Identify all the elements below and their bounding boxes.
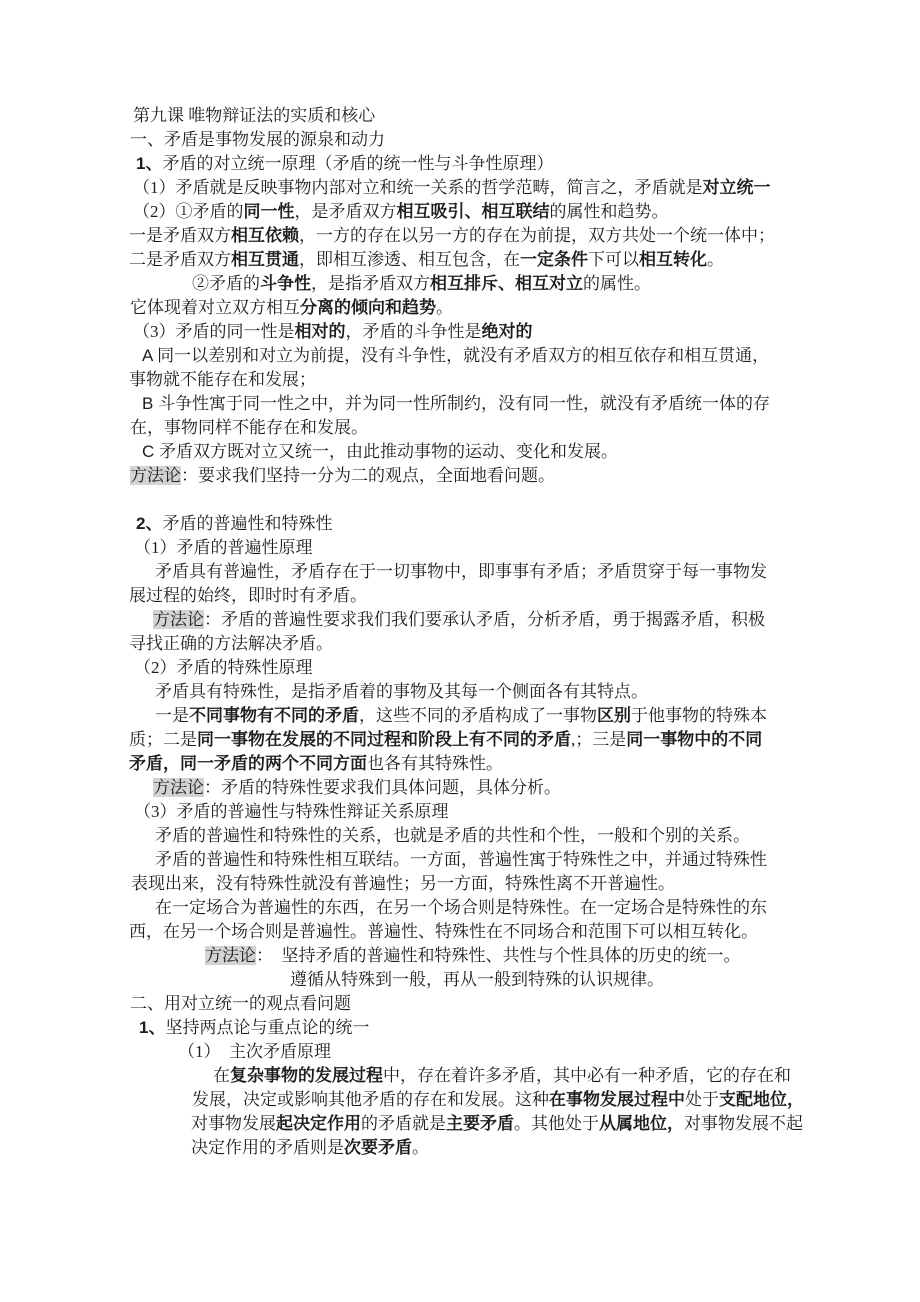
text-segment: 矛盾的对立统一原理（矛盾的统一性与斗争性原理）	[162, 154, 553, 173]
text-segment: 同一事物中的不同	[626, 730, 762, 749]
text-line: 事物就不能存在和发展；	[129, 368, 804, 392]
text-line: 方法论：矛盾的普遍性要求我们我们要承认矛盾，分析矛盾，勇于揭露矛盾，积极	[129, 608, 804, 632]
highlighted-term: 方法论	[153, 778, 204, 797]
text-line: （1）矛盾就是反映事物内部对立和统一关系的哲学范畴，简言之，矛盾就是对立统一	[129, 176, 804, 200]
text-segment: 二是矛盾双方	[129, 250, 231, 269]
text-segment: 相互排斥、相互对立	[430, 274, 583, 293]
highlighted-term: 方法论	[205, 946, 256, 965]
highlighted-term: 方法论	[153, 610, 204, 629]
text-line: 在，事物同样不能存在和发展。	[129, 416, 804, 440]
text-line: 2、矛盾的普遍性和特殊性	[129, 512, 804, 536]
text-line: ②矛盾的斗争性，是指矛盾双方相互排斥、相互对立的属性。	[129, 272, 804, 296]
text-line: C 矛盾双方既对立又统一，由此推动事物的运动、变化和发展。	[129, 440, 804, 464]
text-segment: 一定条件	[520, 250, 588, 269]
text-segment: 下可以	[588, 250, 639, 269]
text-line: 对事物发展起决定作用的矛盾就是主要矛盾。其他处于从属地位，对事物发展不起	[129, 1112, 804, 1136]
text-segment: 。	[707, 250, 724, 269]
text-segment: A	[142, 346, 157, 365]
text-line: 矛盾具有普遍性，矛盾存在于一切事物中，即事事有矛盾；矛盾贯穿于每一事物发	[129, 560, 804, 584]
text-segment: 寻找正确的方法解决矛盾。	[129, 634, 333, 653]
text-line: 一是不同事物有不同的矛盾，这些不同的矛盾构成了一事物区别于他事物的特殊本	[129, 704, 804, 728]
text-line: 发展，决定或影响其他矛盾的存在和发展。这种在事物发展过程中处于支配地位，	[129, 1088, 804, 1112]
text-line: 它体现着对立双方相互分离的倾向和趋势。	[129, 296, 804, 320]
text-segment: 从属地位，	[599, 1114, 684, 1133]
text-segment: 也各有其特殊性。	[367, 754, 503, 773]
highlighted-term: 方法论	[130, 466, 181, 485]
text-segment: B	[142, 394, 158, 413]
text-line: 第九课 唯物辩证法的实质和核心	[129, 104, 804, 128]
text-segment: ，这些不同的矛盾构成了一事物	[359, 706, 597, 725]
text-line: B 斗争性寓于同一性之中，并为同一性所制约，没有同一性，就没有矛盾统一体的存	[129, 392, 804, 416]
text-segment: 不同事物有不同的矛盾	[189, 706, 359, 725]
text-line: 遵循从特殊到一般，再从一般到特殊的认识规律。	[129, 968, 804, 992]
text-segment: 矛盾具有普遍性，矛盾存在于一切事物中，即事事有矛盾；矛盾贯穿于每一事物发	[155, 562, 767, 581]
text-segment: 第九课 唯物辩证法的实质和核心	[133, 106, 375, 125]
text-segment: 斗争性	[260, 274, 311, 293]
text-segment: ，即相互渗透、相互包含，在	[299, 250, 520, 269]
text-segment: 相互贯通	[231, 250, 299, 269]
text-segment: 斗争性寓于同一性之中，并为同一性所制约，没有同一性，就没有矛盾统一体的存	[158, 394, 770, 413]
text-segment: （1）矛盾就是反映事物内部对立和统一关系的哲学范畴，简言之，矛盾就是	[133, 178, 703, 197]
text-segment: （1）矛盾的普遍性原理	[134, 538, 313, 557]
text-line: 在复杂事物的发展过程中，存在着许多矛盾，其中必有一种矛盾，它的存在和	[129, 1064, 804, 1088]
blank-line	[129, 488, 804, 512]
text-segment: 复杂事物的发展过程	[230, 1066, 383, 1085]
text-segment: 质；二是	[129, 730, 197, 749]
text-segment: （3）矛盾的同一性是	[133, 322, 295, 341]
text-line: （3）矛盾的同一性是相对的，矛盾的斗争性是绝对的	[129, 320, 804, 344]
text-segment: 中，存在着许多矛盾，其中必有一种矛盾，它的存在和	[383, 1066, 791, 1085]
text-line: 决定作用的矛盾则是次要矛盾。	[129, 1136, 804, 1160]
text-line: 矛盾，同一矛盾的两个不同方面也各有其特殊性。	[129, 752, 804, 776]
text-segment: 的属性。	[583, 274, 651, 293]
text-segment: 区别	[597, 706, 631, 725]
text-segment: 同一以差别和对立为前提，没有斗争性，就没有矛盾双方的相互依存和相互贯通，	[157, 346, 769, 365]
text-segment: 矛盾，同一矛盾的两个不同方面	[129, 754, 367, 773]
text-segment: 坚持两点论与重点论的统一	[165, 1018, 369, 1037]
text-segment: 绝对的	[482, 322, 533, 341]
text-segment: ，矛盾的斗争性是	[346, 322, 482, 341]
text-segment: 西，在另一个场合则是普遍性。普遍性、特殊性在不同场合和范围下可以相互转化。	[129, 922, 758, 941]
text-segment: 处于	[685, 1090, 719, 1109]
text-segment: 对事物发展不起	[684, 1114, 803, 1133]
text-segment: 在事物发展过程中	[549, 1090, 685, 1109]
text-segment: 矛盾的普遍性和特殊性的关系，也就是矛盾的共性和个性，一般和个别的关系。	[155, 826, 750, 845]
text-segment: 矛盾具有特殊性，是指矛盾着的事物及其每一个侧面各有其特点。	[155, 682, 648, 701]
text-segment: 相互依赖	[231, 226, 299, 245]
text-segment: 的属性和趋势。	[550, 202, 669, 221]
text-segment: 相互转化	[639, 250, 707, 269]
text-line: （2）矛盾的特殊性原理	[129, 656, 804, 680]
text-line: 展过程的始终，即时时有矛盾。	[129, 584, 804, 608]
text-line: 西，在另一个场合则是普遍性。普遍性、特殊性在不同场合和范围下可以相互转化。	[129, 920, 804, 944]
text-segment: （2）①矛盾的	[133, 202, 244, 221]
text-segment: 次要矛盾	[344, 1138, 412, 1157]
text-segment: ,；三是	[571, 730, 626, 749]
text-segment: 对立统一	[703, 178, 771, 197]
text-segment: 矛盾双方既对立又统一，由此推动事物的运动、变化和发展。	[159, 442, 618, 461]
text-segment: 展过程的始终，即时时有矛盾。	[129, 586, 367, 605]
text-line: 二、用对立统一的观点看问题	[129, 992, 804, 1016]
text-segment: 一是矛盾双方	[129, 226, 231, 245]
text-segment: 二、用对立统一的观点看问题	[130, 994, 351, 1013]
text-segment: ：矛盾的普遍性要求我们我们要承认矛盾，分析矛盾，勇于揭露矛盾，积极	[204, 610, 765, 629]
text-segment: 支配地位，	[719, 1090, 804, 1109]
text-segment: 。	[436, 298, 453, 317]
text-line: （3）矛盾的普遍性与特殊性辩证关系原理	[129, 800, 804, 824]
text-line: 1、矛盾的对立统一原理（矛盾的统一性与斗争性原理）	[129, 152, 804, 176]
text-segment: 于他事物的特殊本	[631, 706, 767, 725]
text-line: 在一定场合为普遍性的东西，在另一个场合则是特殊性。在一定场合是特殊性的东	[129, 896, 804, 920]
text-segment: 的矛盾就是	[361, 1114, 446, 1133]
text-line: 质；二是同一事物在发展的不同过程和阶段上有不同的矛盾,；三是同一事物中的不同	[129, 728, 804, 752]
text-segment: 对事物发展	[191, 1114, 276, 1133]
text-segment: 起决定作用	[276, 1114, 361, 1133]
text-segment: 一、矛盾是事物发展的源泉和动力	[130, 130, 385, 149]
text-line: 一、矛盾是事物发展的源泉和动力	[129, 128, 804, 152]
text-segment: 主要矛盾	[446, 1114, 514, 1133]
text-segment: 事物就不能存在和发展；	[129, 370, 316, 389]
text-segment: 遵循从特殊到一般，再从一般到特殊的认识规律。	[290, 970, 664, 989]
text-segment: 相互吸引、相互联结	[397, 202, 550, 221]
text-line: 寻找正确的方法解决矛盾。	[129, 632, 804, 656]
text-segment: C	[142, 442, 159, 461]
text-line: （2）①矛盾的同一性，是矛盾双方相互吸引、相互联结的属性和趋势。	[129, 200, 804, 224]
text-line: A 同一以差别和对立为前提，没有斗争性，就没有矛盾双方的相互依存和相互贯通，	[129, 344, 804, 368]
text-segment: ，是矛盾双方	[295, 202, 397, 221]
document-body: 第九课 唯物辩证法的实质和核心一、矛盾是事物发展的源泉和动力1、矛盾的对立统一原…	[129, 104, 804, 1160]
text-segment: 同一事物在发展的不同过程和阶段上有不同的矛盾	[197, 730, 571, 749]
text-segment: 2、	[136, 514, 162, 533]
text-line: 1、坚持两点论与重点论的统一	[129, 1016, 804, 1040]
text-segment: 在	[213, 1066, 230, 1085]
text-segment: ： 坚持矛盾的普遍性和特殊性、共性与个性具体的历史的统一。	[256, 946, 741, 965]
text-line: 矛盾的普遍性和特殊性相互联结。一方面，普遍性寓于特殊性之中，并通过特殊性	[129, 848, 804, 872]
text-line: 表现出来，没有特殊性就没有普遍性；另一方面，特殊性离不开普遍性。	[129, 872, 804, 896]
text-line: （1）矛盾的普遍性原理	[129, 536, 804, 560]
text-line: 矛盾具有特殊性，是指矛盾着的事物及其每一个侧面各有其特点。	[129, 680, 804, 704]
text-segment: 1、	[136, 154, 162, 173]
text-segment: （1） 主次矛盾原理	[178, 1042, 331, 1061]
document-page: 第九课 唯物辩证法的实质和核心一、矛盾是事物发展的源泉和动力1、矛盾的对立统一原…	[0, 0, 920, 1302]
text-segment: 发展，决定或影响其他矛盾的存在和发展。这种	[192, 1090, 549, 1109]
text-segment: 。	[412, 1138, 429, 1157]
text-segment: 一是	[155, 706, 189, 725]
text-segment: ②矛盾的	[192, 274, 260, 293]
text-segment: ：要求我们坚持一分为二的观点，全面地看问题。	[181, 466, 555, 485]
text-segment: ：矛盾的特殊性要求我们具体问题，具体分析。	[204, 778, 561, 797]
text-line: 一是矛盾双方相互依赖，一方的存在以另一方的存在为前提，双方共处一个统一体中；	[129, 224, 804, 248]
text-segment: 它体现着对立双方相互	[130, 298, 300, 317]
text-segment: 分离的倾向和趋势	[300, 298, 436, 317]
text-segment: 矛盾的普遍性和特殊性	[162, 514, 332, 533]
text-line: 方法论： 坚持矛盾的普遍性和特殊性、共性与个性具体的历史的统一。	[129, 944, 804, 968]
text-segment: 在，事物同样不能存在和发展。	[130, 418, 368, 437]
text-segment: 。其他处于	[514, 1114, 599, 1133]
text-segment: 同一性	[244, 202, 295, 221]
text-segment: 决定作用的矛盾则是	[191, 1138, 344, 1157]
text-line: 方法论：矛盾的特殊性要求我们具体问题，具体分析。	[129, 776, 804, 800]
text-segment: 表现出来，没有特殊性就没有普遍性；另一方面，特殊性离不开普遍性。	[131, 874, 675, 893]
text-segment: （3）矛盾的普遍性与特殊性辩证关系原理	[134, 802, 449, 821]
text-segment: 1、	[139, 1018, 165, 1037]
text-line: 二是矛盾双方相互贯通，即相互渗透、相互包含，在一定条件下可以相互转化。	[129, 248, 804, 272]
text-segment: ，一方的存在以另一方的存在为前提，双方共处一个统一体中；	[299, 226, 775, 245]
text-segment: （2）矛盾的特殊性原理	[134, 658, 313, 677]
text-segment: ，是指矛盾双方	[311, 274, 430, 293]
text-line: 方法论：要求我们坚持一分为二的观点，全面地看问题。	[129, 464, 804, 488]
text-segment: 相对的	[295, 322, 346, 341]
text-line: （1） 主次矛盾原理	[129, 1040, 804, 1064]
text-segment: 在一定场合为普遍性的东西，在另一个场合则是特殊性。在一定场合是特殊性的东	[155, 898, 767, 917]
text-line: 矛盾的普遍性和特殊性的关系，也就是矛盾的共性和个性，一般和个别的关系。	[129, 824, 804, 848]
text-segment: 矛盾的普遍性和特殊性相互联结。一方面，普遍性寓于特殊性之中，并通过特殊性	[155, 850, 767, 869]
